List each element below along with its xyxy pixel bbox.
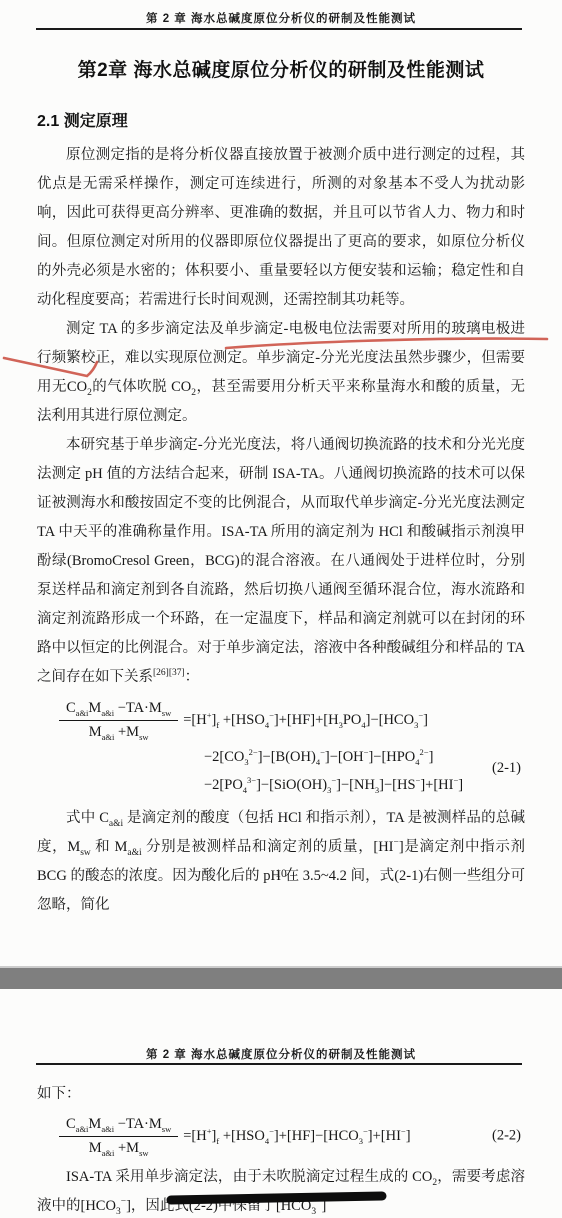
- page2-header-rule: [36, 1063, 522, 1065]
- paragraph-lead-continuation: 如下：: [37, 1080, 525, 1109]
- equation-2-1: Ca&iMa&i −TA·Msw Ma&i +Msw =[H+]f +[HSO4…: [37, 699, 525, 798]
- equation-2-1-rhs-line2: −2[CO32−]−[B(OH)4−]−[OH−]−[HPO42−]: [204, 745, 525, 770]
- page-break-band: [0, 966, 562, 989]
- equation-2-2: Ca&iMa&i −TA·Msw Ma&i +Msw =[H+]f +[HSO4…: [37, 1115, 525, 1158]
- paragraph-symbol-definitions: 式中 Ca&i 是滴定剂的酸度（包括 HCl 和指示剂），TA 是被测样品的总碱…: [37, 804, 525, 920]
- section-heading-2-1: 2.1 测定原理: [37, 108, 128, 131]
- equation-2-1-rhs-line1: =[H+]f +[HSO4−]+[HF]+[H3PO4]−[HCO3−]: [183, 711, 428, 730]
- page1-body-text: 原位测定指的是将分析仪器直接放置于被测介质中进行测定的过程，其优点是无需采样操作…: [37, 141, 525, 920]
- equation-2-1-number: (2-1): [492, 759, 521, 778]
- equation-2-2-number: (2-2): [492, 1127, 521, 1146]
- page1-header-rule: [36, 28, 522, 30]
- paragraph-titration-methods: 测定 TA 的多步滴定法及单步滴定-电极电位法需要对所用的玻璃电极进行频繁校正，…: [37, 315, 525, 431]
- scanned-thesis-spread: 第 2 章 海水总碱度原位分析仪的研制及性能测试 第2章 海水总碱度原位分析仪的…: [0, 0, 562, 1218]
- equation-2-1-fraction: Ca&iMa&i −TA·Msw Ma&i +Msw: [59, 699, 178, 742]
- chapter-title: 第2章 海水总碱度原位分析仪的研制及性能测试: [0, 55, 562, 82]
- equation-2-1-rhs-line3: −2[PO43−]−[SiO(OH)3−]−[NH3]−[HS−]+[HI−]: [204, 773, 525, 798]
- paragraph-insitu-definition: 原位测定指的是将分析仪器直接放置于被测介质中进行测定的过程，其优点是无需采样操作…: [37, 141, 525, 315]
- fraction-denominator: Ma&i +Msw: [89, 721, 149, 742]
- paragraph-single-step-hco3: ISA-TA 采用单步滴定法，由于未吹脱滴定过程生成的 CO2，需要考虑溶液中的…: [37, 1163, 525, 1218]
- equation-2-2-fraction: Ca&iMa&i −TA·Msw Ma&i +Msw: [59, 1115, 178, 1158]
- fraction-numerator: Ca&iMa&i −TA·Msw: [59, 699, 178, 721]
- equation-2-2-rhs: =[H+]f +[HSO4−]+[HF]−[HCO3−]+[HI−]: [183, 1127, 410, 1146]
- page2-body-text: 如下： Ca&iMa&i −TA·Msw Ma&i +Msw =[H+]f +[…: [37, 1080, 525, 1218]
- page-number: 10: [0, 868, 562, 880]
- page2-running-header: 第 2 章 海水总碱度原位分析仪的研制及性能测试: [0, 1046, 562, 1062]
- fraction-numerator: Ca&iMa&i −TA·Msw: [59, 1115, 178, 1137]
- paragraph-isa-ta-design: 本研究基于单步滴定-分光光度法，将八通阀切换流路的技术和分光光度法测定 pH 值…: [37, 431, 525, 692]
- fraction-denominator: Ma&i +Msw: [89, 1137, 149, 1158]
- page1-running-header: 第 2 章 海水总碱度原位分析仪的研制及性能测试: [0, 10, 562, 26]
